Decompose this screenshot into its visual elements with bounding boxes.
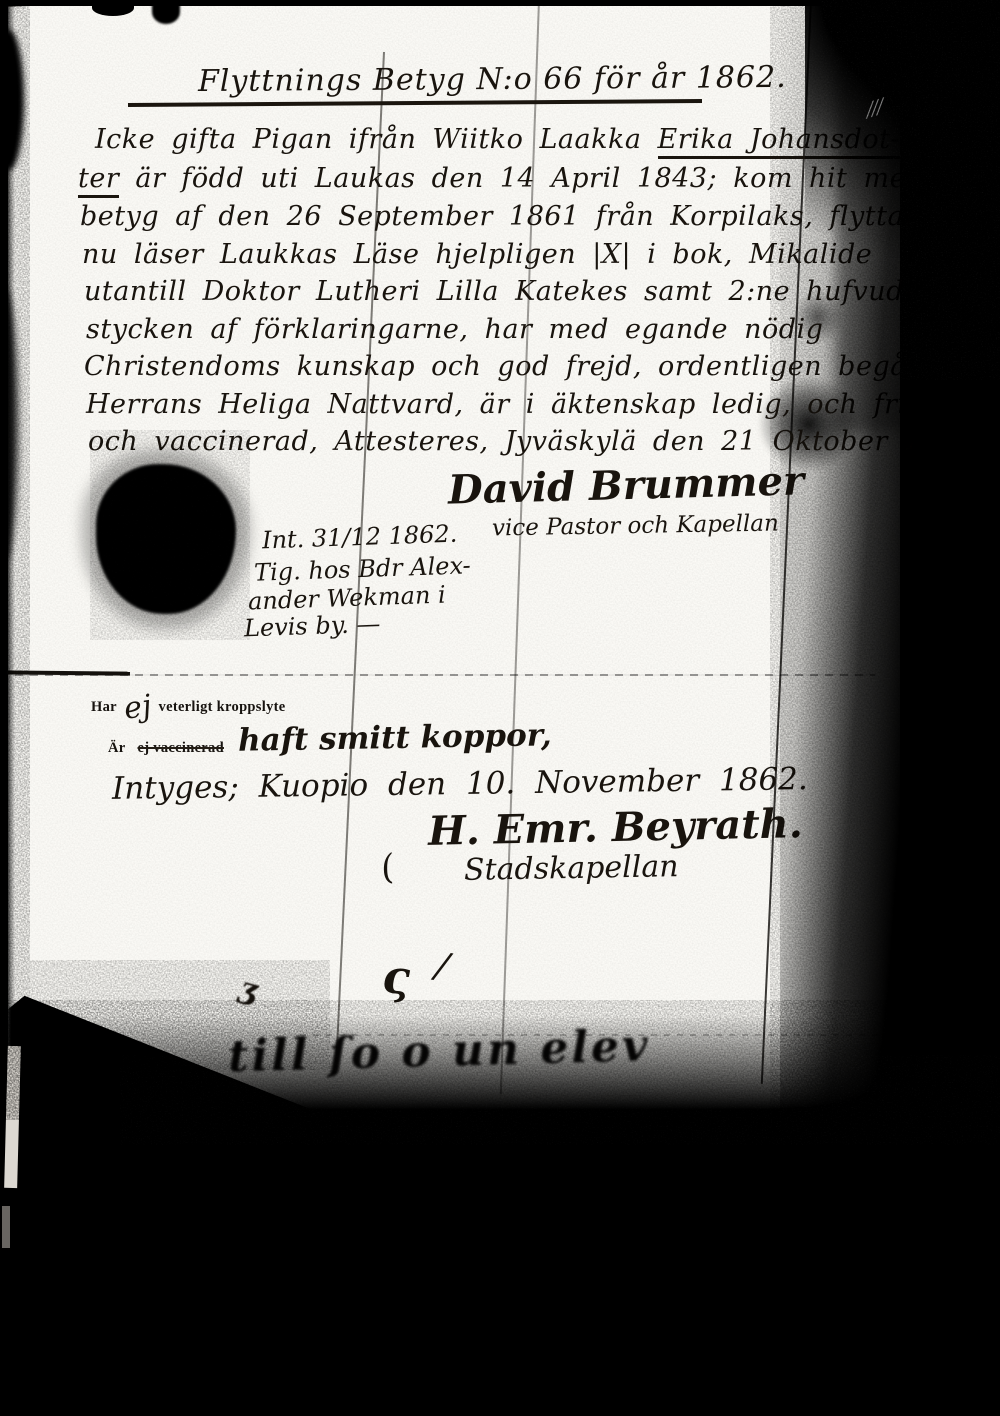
pastor-signature: David Brummer	[447, 457, 804, 513]
document-title: Flyttnings Betyg N:o 66 för år 1862.	[198, 60, 787, 99]
printed-line-kroppslyte: Harejveterligt kroppslyte	[91, 690, 285, 725]
horizontal-fold-line	[15, 674, 875, 676]
printed-line-vaccinerad: Ärej vaccinerad	[108, 740, 224, 757]
printed-kroppslyte: veterligt kroppslyte	[159, 699, 286, 715]
scanned-certificate-page: Flyttnings Betyg N:o 66 för år 1862. Ick…	[0, 0, 1000, 1416]
scan-right-shadow-band	[836, 0, 916, 430]
kapellan-signature: H. Emr. Beyrath.	[428, 800, 804, 855]
printed-struck-ej-vaccinerad: ej vaccinerad	[138, 740, 224, 756]
body-line-1-text: Icke gifta Pigan ifrån Wiitko Laakka	[95, 124, 641, 155]
margin-note-line-4: Levis by. —	[244, 610, 381, 643]
kapellan-signature-title: Stadskapellan	[464, 849, 679, 888]
body-line-6: stycken af förklaringarne, har med egand…	[86, 314, 823, 345]
stray-curl-mark: ς	[382, 950, 410, 1004]
scan-edge-top-blob-2	[152, 0, 180, 24]
body-line-4: nu läser Laukkas Läse hjelpligen |X| i b…	[82, 239, 872, 270]
handwritten-koppor: haft smitt koppor,	[238, 717, 552, 758]
printed-har: Har	[91, 699, 117, 715]
handwritten-ej-insert: ej	[122, 688, 154, 727]
pastor-signature-title: vice Pastor och Kapellan	[492, 510, 779, 541]
printed-ar: Är	[108, 740, 126, 756]
scan-edge-top-blob-1	[92, 0, 134, 16]
paper-sliver-bottom-left-2	[2, 1206, 10, 1248]
body-line-2-underlined: ter	[78, 163, 119, 198]
ink-blot-seal	[96, 464, 236, 614]
